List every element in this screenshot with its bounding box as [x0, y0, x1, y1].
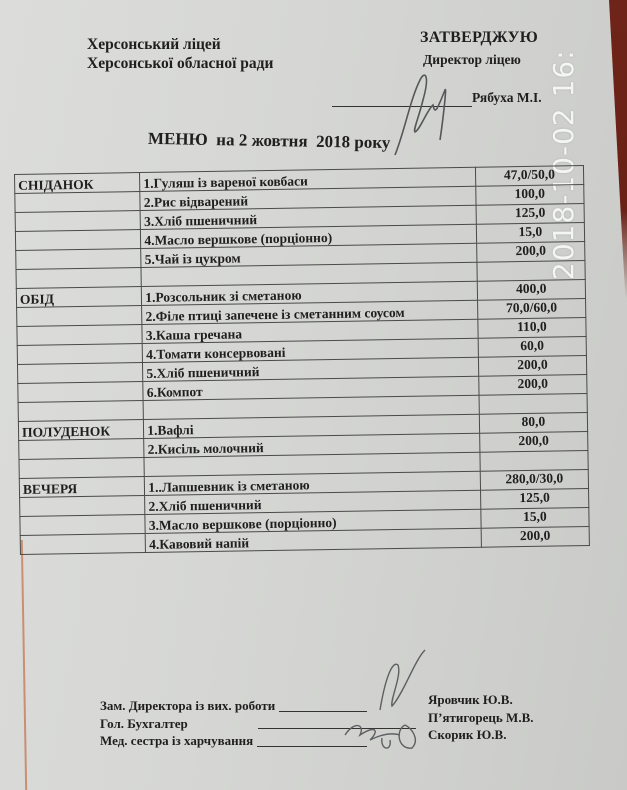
quantity-cell: 80,0: [479, 413, 587, 434]
quantity-cell: 280,0/30,0: [480, 470, 588, 491]
signer-names: Яровчик Ю.В. П’ятигорець М.В. Скорик Ю.В…: [428, 691, 534, 744]
meal-cell: [17, 363, 143, 384]
background-edge: [597, 0, 627, 300]
signer-role: Зам. Директора із вих. роботи: [100, 697, 275, 715]
signer-row: Мед. сестра із харчування: [100, 732, 420, 750]
meal-cell: [18, 381, 144, 402]
signer-name: П’ятигорець М.В.: [428, 709, 534, 727]
meal-cell: [20, 514, 146, 535]
quantity-cell: 200,0: [479, 432, 587, 453]
director-signature-line: [332, 98, 472, 107]
signer-role: Мед. сестра із харчування: [100, 732, 253, 750]
signature-line: [257, 745, 367, 747]
meal-cell: [20, 533, 146, 554]
meal-cell: [17, 306, 143, 327]
signer-row: Гол. Бухгалтер: [100, 715, 420, 733]
quantity-cell: 70,0/60,0: [477, 299, 585, 320]
signer-name: Скорик Ю.В.: [428, 726, 534, 744]
quantity-cell: 47,0/50,0: [475, 166, 583, 187]
menu-table: СНІДАНОК1.Гуляш із вареної ковбаси47,0/5…: [14, 165, 590, 555]
quantity-cell: 110,0: [478, 318, 586, 339]
meal-cell: [15, 211, 141, 232]
meal-cell: [17, 325, 143, 346]
quantity-cell: 100,0: [476, 185, 584, 206]
school-name: Херсонський ліцей Херсонської обласної р…: [87, 35, 273, 73]
director-name: Рябуха М.І.: [472, 90, 542, 106]
meal-cell: ВЕЧЕРЯ: [19, 476, 145, 497]
quantity-cell: 15,0: [481, 508, 589, 529]
director-title: Директор ліцею: [423, 52, 538, 68]
quantity-cell: 15,0: [476, 223, 584, 244]
signature-line: [279, 710, 367, 712]
director-signature-icon: [385, 60, 465, 160]
quantity-cell: 125,0: [480, 489, 588, 510]
quantity-cell: [480, 451, 588, 472]
signatures-block: Зам. Директора із вих. роботи Гол. Бухга…: [100, 697, 420, 750]
meal-cell: СНІДАНОК: [15, 173, 141, 194]
meal-cell: ПОЛУДЕНОК: [18, 419, 144, 440]
signature-line: [258, 727, 416, 729]
sheet-edge: [21, 540, 27, 790]
meal-cell: [19, 457, 145, 478]
quantity-cell: 125,0: [476, 204, 584, 225]
meal-cell: [17, 344, 143, 365]
meal-cell: [19, 438, 145, 459]
school-line-2: Херсонської обласної ради: [87, 54, 273, 73]
meal-cell: [20, 495, 146, 516]
approval-block: ЗАТВЕРДЖУЮ Директор ліцею: [420, 29, 538, 68]
quantity-cell: 200,0: [476, 242, 584, 263]
approve-label: ЗАТВЕРДЖУЮ: [420, 29, 538, 47]
quantity-cell: [479, 394, 587, 415]
quantity-cell: 200,0: [479, 375, 587, 396]
meal-cell: [15, 230, 141, 251]
meal-cell: [15, 192, 141, 213]
quantity-cell: 200,0: [481, 527, 589, 548]
page-title: МЕНЮ на 2 жовтня 2018 року: [148, 129, 391, 153]
school-line-1: Херсонський ліцей: [87, 35, 273, 54]
meal-cell: [16, 249, 142, 270]
quantity-cell: 400,0: [477, 280, 585, 301]
meal-cell: [18, 400, 144, 421]
quantity-cell: 200,0: [478, 356, 586, 377]
meal-cell: ОБІД: [16, 287, 142, 308]
signer-name: Яровчик Ю.В.: [428, 691, 534, 709]
signer-row: Зам. Директора із вих. роботи: [100, 697, 420, 715]
quantity-cell: [477, 261, 585, 282]
quantity-cell: 60,0: [478, 337, 586, 358]
meal-cell: [16, 268, 142, 289]
signer-role: Гол. Бухгалтер: [100, 715, 188, 733]
